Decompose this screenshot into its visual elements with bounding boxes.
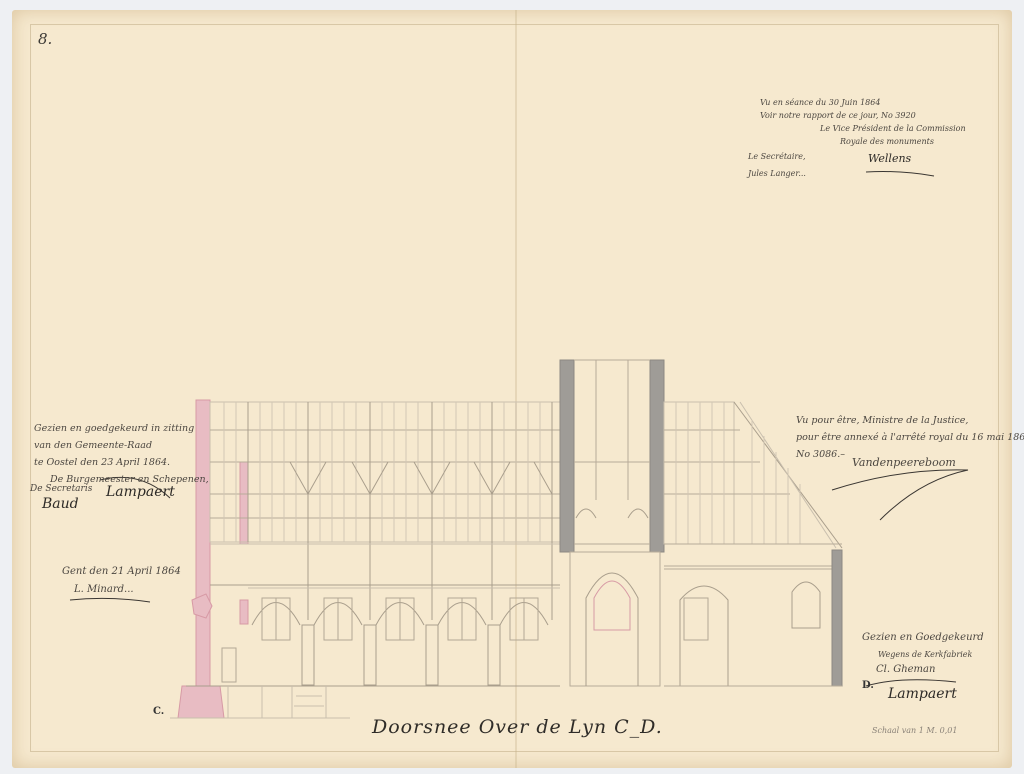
commission-signature: Wellens [868,152,911,165]
scale-note: Schaal van 1 M. 0,01 [872,726,957,735]
secretary-label: Le Secrétaire, [748,150,806,163]
ministry-line: Vu pour être, Ministre de la Justice, [796,412,1024,429]
commission-line: Vu en séance du 30 Juin 1864 [760,96,966,109]
council-line: Gezien en goedgekeurd in zitting [34,420,209,437]
commission-line: Voir notre rapport de ce jour, No 3920 [760,109,966,122]
pink-foundation [178,686,224,718]
mayor-signature: Lampaert [106,484,175,500]
tower-wall-right [650,360,664,552]
choir-wall-right [832,550,842,686]
fabric-signature-2: Cl. Gheman [876,664,935,675]
secretary-signature: Jules Langer... [748,167,806,180]
council-secretary-label: De Secretaris [30,484,92,494]
minister-signature: Vandenpeereboom [852,456,956,469]
ministry-line: pour être annexé à l'arrêté royal du 16 … [796,429,1024,446]
section-label-d: D. [862,680,874,691]
gent-signature: L. Minard... [74,584,134,595]
fabric-signature-1: Wegens de Kerkfabriek [878,650,972,659]
gent-date: Gent den 21 April 1864 [62,566,181,577]
drawing-title: Doorsnee Over de Lyn C_D. [372,716,663,738]
section-label-c: C. [153,706,164,717]
council-line: te Oostel den 23 April 1864. [34,454,209,471]
council-line: van den Gemeente-Raad [34,437,209,454]
council-secretary-signature: Baud [42,496,79,512]
fabric-signature-3: Lampaert [888,686,957,702]
fabric-approval: Gezien en Goedgekeurd [862,632,984,643]
council-approval: Gezien en goedgekeurd in zitting van den… [34,420,209,488]
commission-line: Le Vice Président de la Commission [820,122,966,135]
tower-wall-left [560,360,574,552]
sheet-number: 8. [38,30,52,48]
secretary-note: Le Secrétaire, Jules Langer... [748,150,806,180]
commission-line: Royale des monuments [840,135,966,148]
commission-note: Vu en séance du 30 Juin 1864 Voir notre … [760,96,966,148]
